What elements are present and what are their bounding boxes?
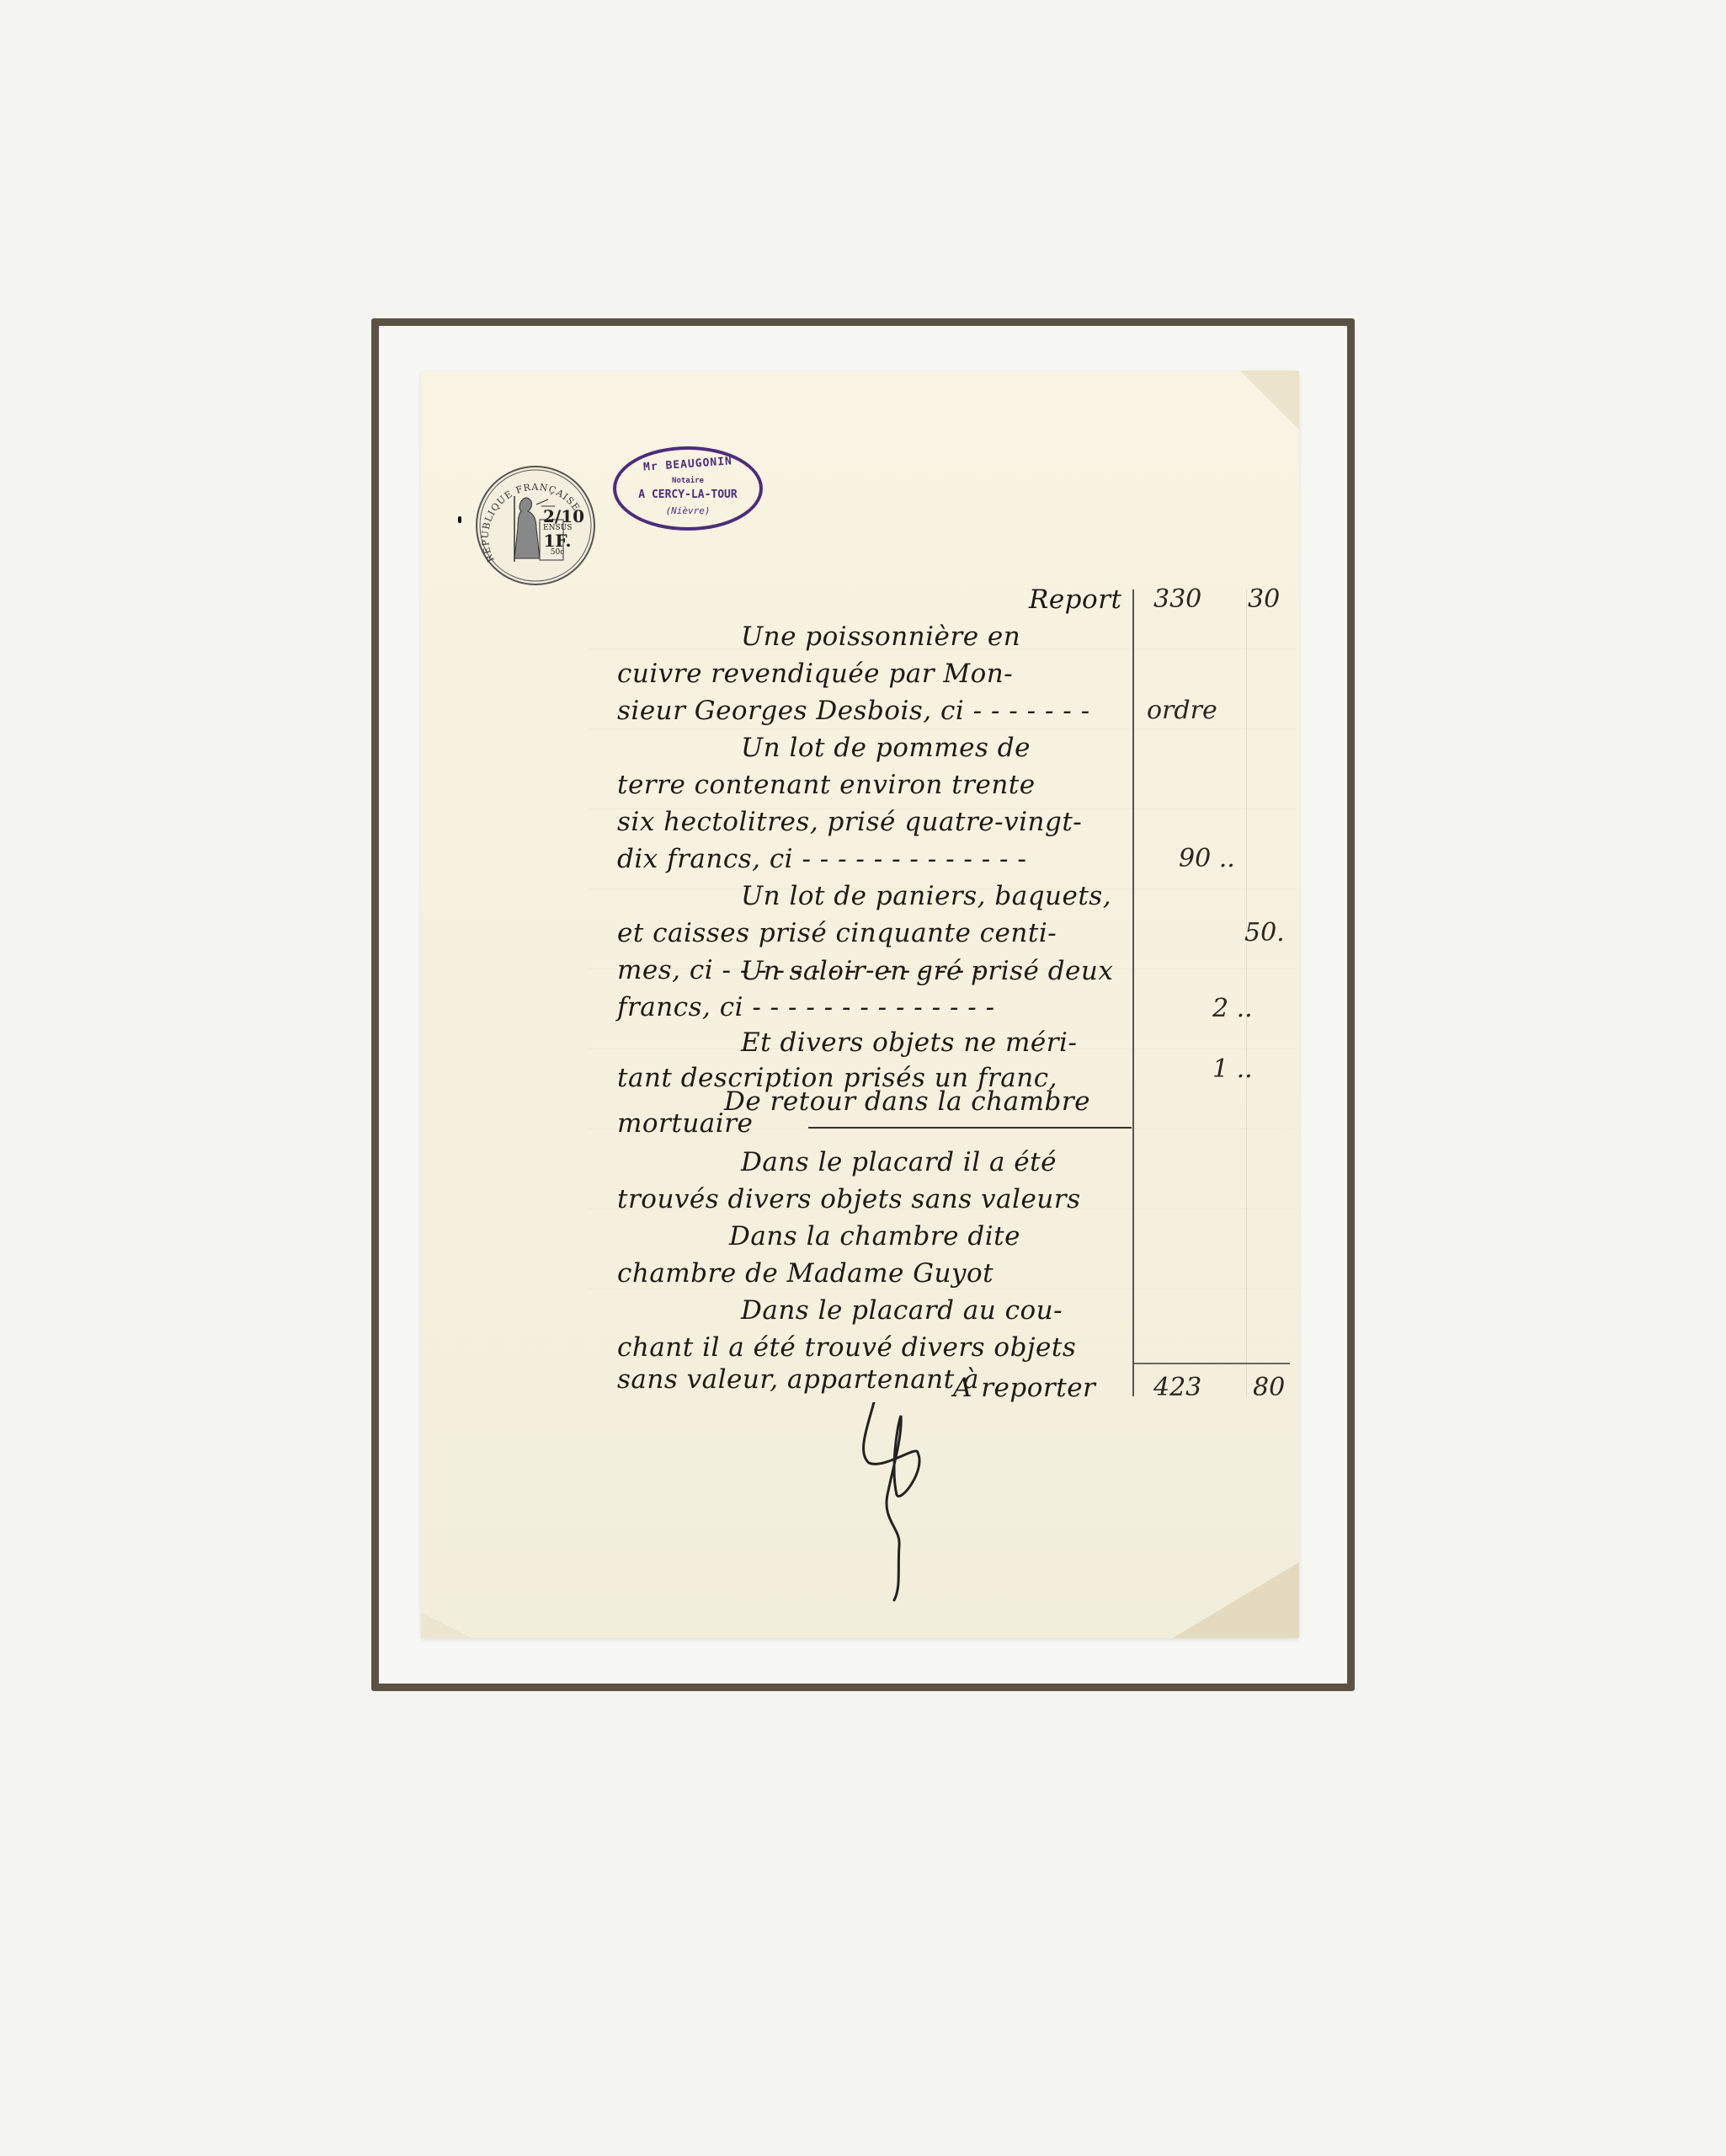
ledger-cents-divider [1246, 590, 1247, 1396]
notary-stamp: Mr BEAUGONIN Notaire A CERCY-LA-TOUR (Ni… [613, 446, 763, 531]
amount-pommes: 90 .. [1179, 844, 1235, 873]
amount-ordre: ordre [1147, 696, 1217, 725]
carry-forward-centimes: 80 [1253, 1373, 1285, 1402]
text-line: Un lot de paniers, baquets, [741, 881, 1111, 911]
text-line: et caisses prisé cinquante centi- [617, 918, 1057, 948]
tax-stamp: REPUBLIQUE FRANÇAISE 2/10 ENSUS 1F. 50c [476, 466, 595, 585]
notary-region: (Nièvre) [616, 505, 759, 516]
ledger-total-rule [1134, 1363, 1290, 1364]
ledger-column-divider [1132, 590, 1134, 1396]
text-line: francs, ci - - - - - - - - - - - - - - [617, 992, 995, 1022]
text-line: Un lot de pommes de [741, 733, 1031, 763]
text-line: Un saloir en gré prisé deux [741, 956, 1113, 986]
amount-saloir: 2 .. [1212, 994, 1253, 1023]
corner-fold-top-right [1240, 371, 1299, 430]
text-line: sieur Georges Desbois, ci - - - - - - - [617, 696, 1090, 726]
section-heading: mortuaire [617, 1108, 753, 1139]
text-line: dix francs, ci - - - - - - - - - - - - - [617, 844, 1026, 874]
ruled-line [589, 1289, 1297, 1289]
text-line: Et divers objets ne méri- [741, 1027, 1077, 1058]
text-line: terre contenant environ trente [617, 770, 1036, 800]
text-line: Dans le placard au cou- [741, 1295, 1063, 1326]
report-centimes: 30 [1248, 584, 1280, 614]
text-line: chant il a été trouvé divers objets [617, 1332, 1076, 1363]
amount-paniers: 50. [1244, 918, 1285, 947]
report-francs: 330 [1153, 584, 1201, 614]
ink-dot [458, 516, 461, 523]
text-line: Une poissonnière en [741, 622, 1020, 652]
text-line: trouvés divers objets sans valeurs [617, 1184, 1080, 1214]
report-label: Report [1029, 584, 1121, 615]
text-line: Dans le placard il a été [741, 1147, 1057, 1177]
section-underline [808, 1127, 1132, 1129]
section-heading: Dans la chambre dite [729, 1221, 1020, 1251]
section-heading: chambre de Madame Guyot [617, 1258, 994, 1289]
carry-forward-francs: 423 [1153, 1373, 1201, 1402]
signature-mark [850, 1402, 935, 1604]
text-line: sans valeur, appartenant à [617, 1364, 979, 1395]
amount-divers: 1 .. [1212, 1054, 1253, 1084]
corner-fold-bottom-right [1173, 1562, 1299, 1638]
tax-stamp-amount: 2/10 ENSUS 1F. 50c [543, 508, 572, 557]
notary-name: Mr BEAUGONIN [616, 453, 760, 476]
notary-title: Notaire [616, 477, 759, 485]
corner-fold-bottom-left [421, 1613, 471, 1638]
ruled-line [589, 728, 1297, 729]
section-heading: De retour dans la chambre [724, 1086, 1090, 1117]
text-line: cuivre revendiquée par Mon- [617, 659, 1013, 689]
carry-forward-label: A reporter [953, 1373, 1095, 1403]
notary-place: A CERCY-LA-TOUR [616, 488, 759, 501]
text-line: six hectolitres, prisé quatre-vingt- [617, 807, 1082, 837]
